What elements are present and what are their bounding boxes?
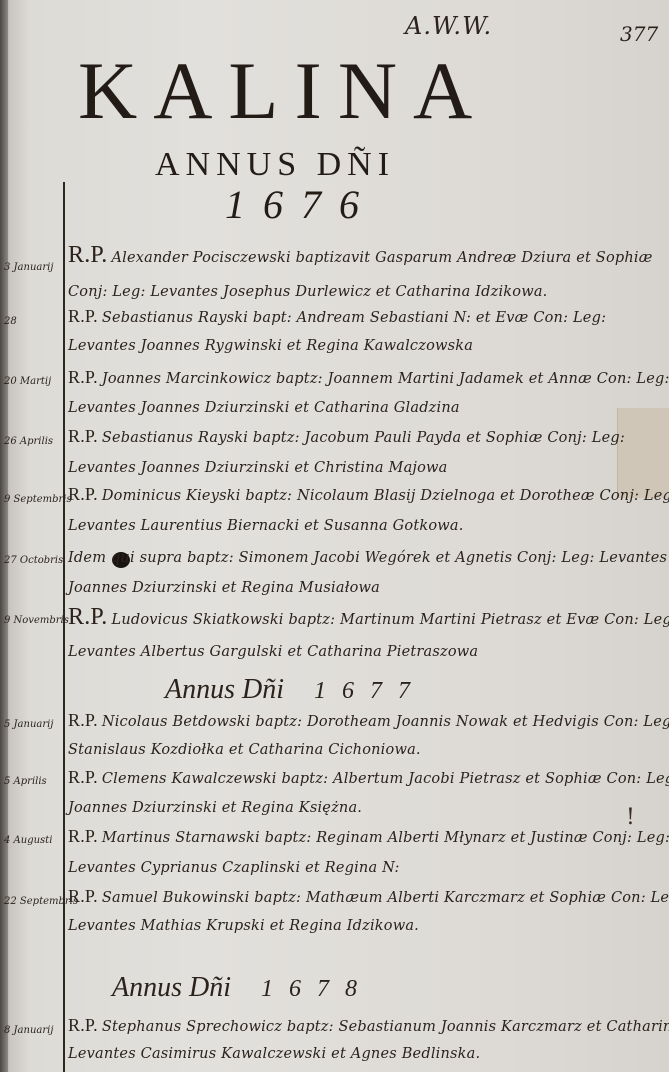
- entry-date: 26 Aprilis: [4, 436, 64, 447]
- entry-prefix: R.P.: [68, 767, 98, 787]
- entry-text: Joannes Marcinkowicz baptz: Joannem Mart…: [102, 371, 669, 387]
- entry-date: 4 Augusti: [4, 835, 64, 846]
- entry-line: Levantes Albertus Gargulski et Catharina…: [68, 644, 668, 660]
- entry-text: Ludovicus Skiatkowski baptz: Martinum Ma…: [112, 612, 669, 628]
- entry-prefix: R.P.: [68, 826, 98, 846]
- entry-line: Levantes Joannes Rygwinski et Regina Kaw…: [68, 338, 668, 354]
- entry-line: Levantes Cyprianus Czaplinski et Regina …: [68, 860, 668, 876]
- entry-text: Sebastianus Rayski bapt: Andream Sebasti…: [102, 310, 606, 326]
- entry-date: 3 Januarij: [4, 262, 64, 273]
- entry-line: R.P.Samuel Bukowinski baptz: Mathæum Alb…: [68, 886, 668, 907]
- entry-prefix: R.P.: [68, 1015, 98, 1035]
- entry-date: 9 Novembris: [4, 615, 64, 626]
- entry-line: Stanislaus Kozdiołka et Catharina Cichon…: [68, 742, 668, 758]
- entry-date: 9 Septembris: [4, 494, 64, 505]
- entry-line: Joannes Dziurzinski et Regina Musiałowa: [68, 580, 668, 596]
- entry-prefix: R.P.: [68, 604, 108, 630]
- entry-prefix: R.P.: [68, 886, 98, 906]
- entry-date: 28: [4, 316, 64, 327]
- entry-text: Samuel Bukowinski baptz: Mathæum Alberti…: [102, 890, 669, 906]
- header-reference: A.W.W.: [405, 12, 492, 40]
- year-heading-1678: Annus Dñi1678: [112, 972, 373, 1004]
- entry-line: Levantes Mathias Krupski et Regina Idzik…: [68, 918, 668, 934]
- entry-date: 22 Septembris: [4, 896, 64, 907]
- entry-prefix: R.P.: [68, 306, 98, 326]
- entry-prefix: R.P.: [68, 710, 98, 730]
- entry-line: Levantes Joannes Dziurzinski et Catharin…: [68, 400, 668, 416]
- entry-line: Levantes Casimirus Kawalczewski et Agnes…: [68, 1046, 668, 1062]
- entry-text: Alexander Pocisczewski baptizavit Gaspar…: [112, 250, 653, 266]
- book-spine-shadow: [0, 0, 8, 1072]
- year-heading-1676: 1676: [225, 185, 377, 225]
- entry-text: Nicolaus Betdowski baptz: Dorotheam Joan…: [102, 714, 669, 730]
- entry-prefix: R.P.: [68, 242, 108, 268]
- entry-date: 27 Octobris: [4, 555, 64, 566]
- entry-line: R.P.Sebastianus Rayski baptz: Jacobum Pa…: [68, 426, 668, 447]
- year-label: Annus Dñi: [112, 972, 231, 1003]
- entry-line: R.P.Sebastianus Rayski bapt: Andream Seb…: [68, 306, 668, 327]
- entry-line: R.P.Alexander Pocisczewski baptizavit Ga…: [68, 242, 668, 269]
- year-heading-1677: Annus Dñi1677: [165, 674, 426, 706]
- margin-exclamation-mark: !: [626, 805, 635, 830]
- page-subtitle: ANNUS DÑI: [155, 148, 395, 182]
- folio-number: 377: [620, 22, 658, 46]
- entry-line: R.P.Joannes Marcinkowicz baptz: Joannem …: [68, 367, 668, 388]
- manuscript-page: A.W.W. 377 KALINA ANNUS DÑI 1676 3 Janua…: [0, 0, 669, 1072]
- year-number: 1677: [314, 678, 426, 704]
- entry-line: Joannes Dziurzinski et Regina Księżna.: [68, 800, 668, 816]
- entry-line: R.P.Clemens Kawalczewski baptz: Albertum…: [68, 767, 668, 788]
- entry-line: R.P.Dominicus Kieyski baptz: Nicolaum Bl…: [68, 484, 668, 505]
- entry-line: Idem qui supra baptz: Simonem Jacobi Weg…: [68, 550, 668, 566]
- entry-prefix: R.P.: [68, 426, 98, 446]
- entry-date: 5 Januarij: [4, 719, 64, 730]
- entry-line: R.P.Ludovicus Skiatkowski baptz: Martinu…: [68, 604, 668, 631]
- entry-text: Clemens Kawalczewski baptz: Albertum Jac…: [102, 771, 669, 787]
- page-title: KALINA: [78, 50, 488, 132]
- entry-text: Martinus Starnawski baptz: Reginam Alber…: [102, 830, 669, 846]
- entry-text: Sebastianus Rayski baptz: Jacobum Pauli …: [102, 430, 625, 446]
- entry-line: R.P.Stephanus Sprechowicz baptz: Sebasti…: [68, 1015, 668, 1036]
- entry-line: R.P.Nicolaus Betdowski baptz: Dorotheam …: [68, 710, 668, 731]
- entry-date: 5 Aprilis: [4, 776, 64, 787]
- entry-line: R.P.Martinus Starnawski baptz: Reginam A…: [68, 826, 668, 847]
- entry-line: Levantes Joannes Dziurzinski et Christin…: [68, 460, 668, 476]
- entry-text: Stephanus Sprechowicz baptz: Sebastianum…: [102, 1019, 669, 1035]
- entry-line: Conj: Leg: Levantes Josephus Durlewicz e…: [68, 284, 668, 300]
- year-number: 1678: [261, 976, 373, 1002]
- entry-date: 20 Martij: [4, 376, 64, 387]
- entry-line: Levantes Laurentius Biernacki et Susanna…: [68, 518, 668, 534]
- entry-prefix: R.P.: [68, 484, 98, 504]
- entry-text: Dominicus Kieyski baptz: Nicolaum Blasij…: [102, 488, 669, 504]
- year-label: Annus Dñi: [165, 674, 284, 705]
- entry-prefix: R.P.: [68, 367, 98, 387]
- entry-date: 8 Januarij: [4, 1025, 64, 1036]
